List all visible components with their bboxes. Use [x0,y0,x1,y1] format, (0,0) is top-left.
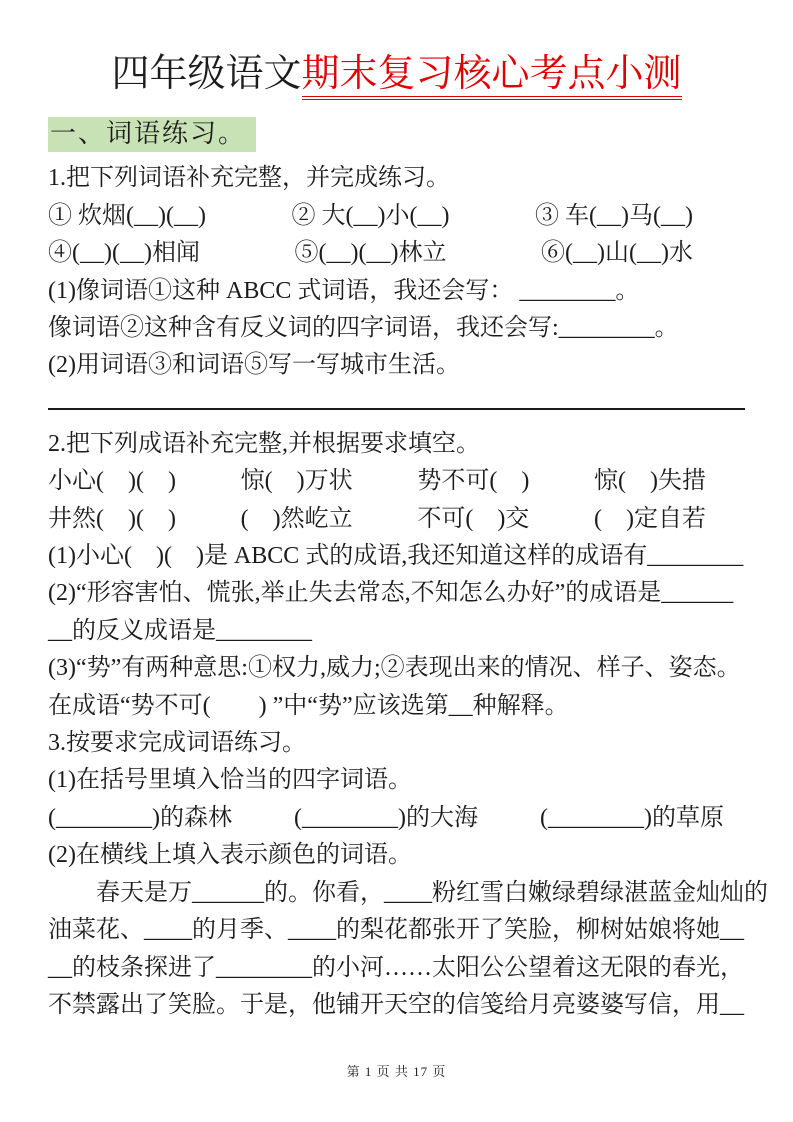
page-title: 四年级语文期末复习核心考点小测 [0,0,793,99]
q1-stem: 1.把下列词语补充完整，并完成练习。 [48,160,745,197]
q3-stem: 3.按要求完成词语练习。 [48,725,745,762]
q3-sub1: (1)在括号里填入恰当的四字词语。 [48,762,745,799]
q3-paragraph-line4: 不禁露出了笑脸。于是，他铺开天空的信笺给月亮婆婆写信，用__ [48,987,745,1024]
q1-sub1-line1: (1)像词语①这种 ABCC 式词语，我还会写： ________。 [48,273,745,310]
q3-sub2: (2)在横线上填入表示颜色的词语。 [48,837,745,874]
q2-row1-item4: 惊( )失措 [594,463,706,500]
q3-row1-item2: (________)的大海 [294,800,478,837]
q2-sub3-line2: 在成语“势不可( ) ”中“势”应该选第__种解释。 [48,688,745,725]
separator-line [48,408,745,410]
q3-paragraph-line3: __的枝条探进了________的小河……太阳公公望着这无限的春光， [48,950,745,987]
q1-sub2: (2)用词语③和词语⑤写一写城市生活。 [48,347,745,384]
page-footer: 第 1 页 共 17 页 [0,1061,793,1080]
q1-row2-item1: ④(__)(__)相闻 [48,235,200,272]
q3-paragraph-line2: 油菜花、____的月季、____的梨花都张开了笑脸，柳树姑娘将她__ [48,912,745,949]
q2-row1-item3: 势不可( ) [417,463,529,500]
q3-row1-item3: (________)的草原 [540,800,724,837]
q2-sub1: (1)小心( )( )是 ABCC 式的成语,我还知道这样的成语有_______… [48,538,745,575]
q2-stem: 2.把下列成语补充完整,并根据要求填空。 [48,426,745,463]
q2-row2-item4: ( )定自若 [594,501,706,538]
q2-row1-item1: 小心( )( ) [48,463,176,500]
q1-row2: ④(__)(__)相闻 ⑤(__)(__)林立 ⑥(__)山(__)水 [48,235,693,272]
q3-row1: (________)的森林 (________)的大海 (________)的草… [48,800,724,837]
q2-row2-item2: ( )然屹立 [241,501,353,538]
page-title-black-part: 四年级语文 [111,53,301,95]
q2-row2: 井然( )( ) ( )然屹立 不可( )交 ( )定自若 [48,501,706,538]
q1-row1-item2: ② 大(__)小(__) [292,198,450,235]
q2-sub2-line1: (2)“形容害怕、慌张,举止失去常态,不知怎么办好”的成语是______ [48,575,745,612]
q2-row2-item1: 井然( )( ) [48,501,176,538]
q1-sub1-line2: 像词语②这种含有反义词的四字词语，我还会写:________。 [48,310,745,347]
q1-row1-item3: ③ 车(__)马(__) [535,198,693,235]
q2-row1-item2: 惊( )万状 [241,463,353,500]
document-body: 一、词语练习。 1.把下列词语补充完整，并完成练习。 ① 炊烟(__)(__) … [48,117,745,1024]
q2-row1: 小心( )( ) 惊( )万状 势不可( ) 惊( )失措 [48,463,706,500]
section-header: 一、词语练习。 [48,117,256,152]
q3-row1-item1: (________)的森林 [48,800,232,837]
q3-paragraph-line1: 春天是万______的。你看，____粉红雪白嫩绿碧绿湛蓝金灿灿的 [48,875,745,912]
q2-row2-item3: 不可( )交 [417,501,529,538]
q2-sub2-line2: __的反义成语是________ [48,613,745,650]
q1-row1-item1: ① 炊烟(__)(__) [48,198,206,235]
q1-row2-item3: ⑥(__)山(__)水 [541,235,693,272]
page-title-red-part: 期末复习核心考点小测 [302,53,682,100]
q2-sub3-line1: (3)“势”有两种意思:①权力,威力;②表现出来的情况、样子、姿态。 [48,650,745,687]
document-page: 四年级语文期末复习核心考点小测 一、词语练习。 1.把下列词语补充完整，并完成练… [0,0,793,1122]
section-header-line: 一、词语练习。 [48,117,745,152]
q1-row2-item2: ⑤(__)(__)林立 [295,235,447,272]
q1-row1: ① 炊烟(__)(__) ② 大(__)小(__) ③ 车(__)马(__) [48,198,693,235]
